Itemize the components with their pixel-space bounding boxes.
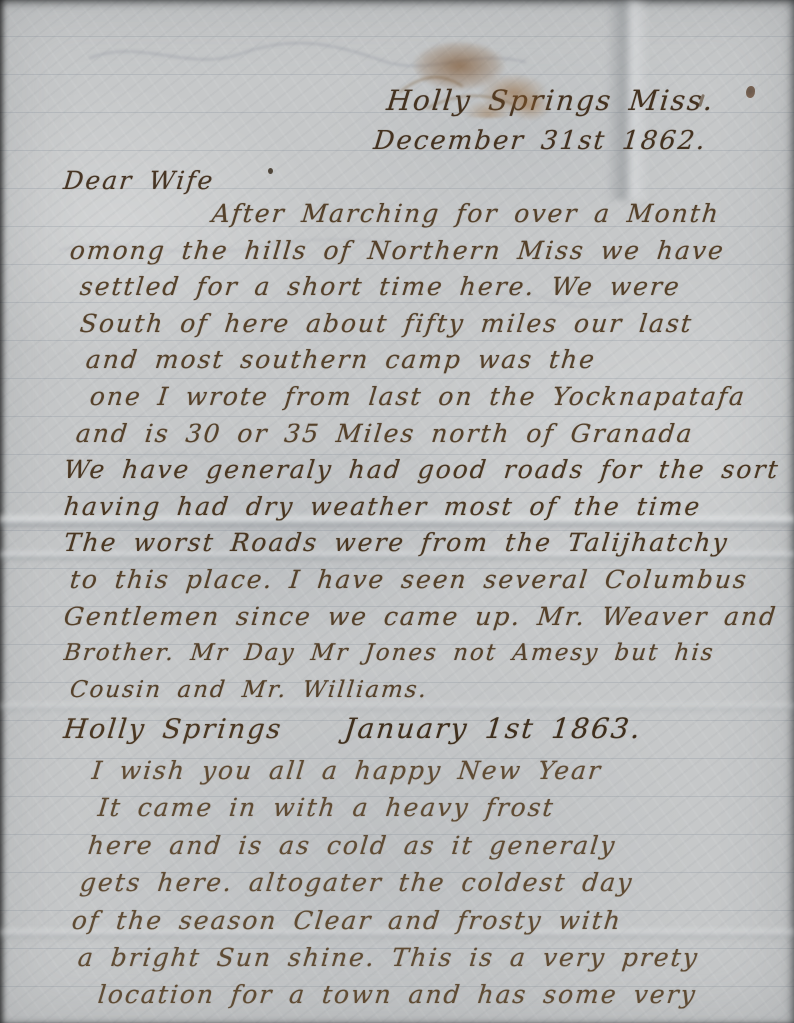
letter-line: here and is as cold as it generaly — [86, 827, 778, 864]
letter-line: settled for a short time here. We were — [78, 269, 778, 306]
ink-stain-small — [498, 84, 562, 128]
letter-line: location for a town and has some very — [96, 976, 778, 1013]
salutation: Dear Wife — [62, 166, 216, 195]
second-dateline: Holly SpringsJanuary 1st 1863. — [62, 712, 644, 745]
letter-line: After Marching for over a Month — [210, 196, 778, 233]
letter-line: gets here. altogater the coldest day — [78, 864, 778, 901]
dateline-date: December 31st 1862. — [372, 126, 708, 156]
letter-line: having had dry weather most of the time — [62, 489, 778, 526]
second-dateline-place: Holly Springs — [62, 714, 284, 745]
letter-line: It came in with a heavy frost — [96, 789, 778, 826]
letter-line: to this place. I have seen several Colum… — [68, 562, 778, 599]
letter-body-section-2: I wish you all a happy New Year It came … — [60, 752, 774, 1014]
letter-line: omong the hills of Northern Miss we have — [68, 233, 778, 270]
ink-speck — [268, 168, 273, 174]
letter-line: The worst Roads were from the Talijhatch… — [62, 525, 778, 562]
letter-line: one I wrote from last on the Yocknapataf… — [88, 379, 778, 416]
letter-line: South of here about fifty miles our last — [78, 306, 778, 343]
letter-line: We have generaly had good roads for the … — [62, 452, 778, 489]
letter-line: and most southern camp was the — [84, 342, 778, 379]
letter-line: and is 30 or 35 Miles north of Granada — [74, 416, 778, 453]
second-dateline-date: January 1st 1863. — [343, 712, 644, 745]
letter-line: a bright Sun shine. This is a very prety — [76, 939, 778, 976]
letter-line: of the season Clear and frosty with — [70, 902, 778, 939]
letter-line: Gentlemen since we came up. Mr. Weaver a… — [62, 599, 778, 636]
letter-body-section-1: After Marching for over a Month omong th… — [60, 196, 774, 708]
letter-line: Cousin and Mr. Williams. — [68, 672, 778, 709]
letter-line: I wish you all a happy New Year — [90, 752, 778, 789]
letter-page: Holly Springs Miss. December 31st 1862. … — [0, 0, 794, 1023]
letter-line: Brother. Mr Day Mr Jones not Amesy but h… — [62, 635, 778, 672]
